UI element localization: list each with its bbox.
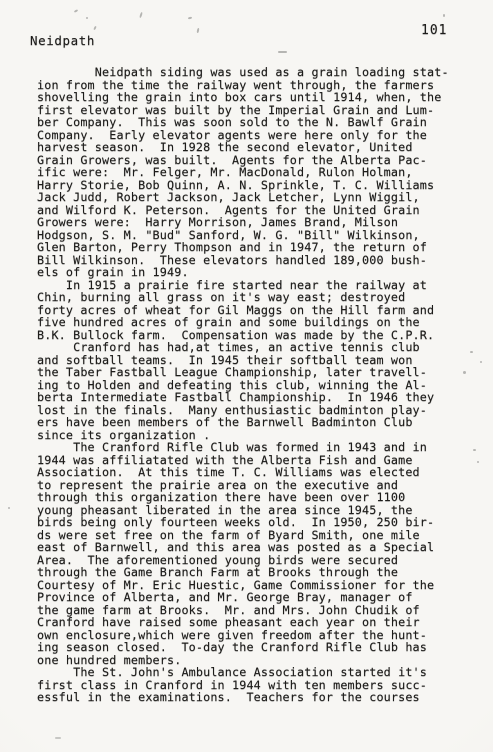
- paragraph-prairie-fire: In 1915 a prairie fire started near the …: [37, 279, 469, 342]
- scan-smudge: [188, 17, 192, 20]
- scan-smudge: [139, 12, 143, 18]
- scan-smudge: [278, 51, 287, 53]
- scan-smudge: [473, 449, 476, 451]
- paragraph-sports-clubs: Cranford has had,at times, an active ten…: [37, 341, 469, 441]
- paragraph-st-johns-ambulance: The St. John's Ambulance Association sta…: [37, 666, 469, 704]
- paragraph-elevators: Neidpath siding was used as a grain load…: [37, 66, 469, 279]
- scan-smudge: [480, 361, 482, 363]
- scan-smudge: [74, 9, 78, 13]
- scan-smudge: [55, 737, 61, 739]
- page-number: 101: [421, 23, 447, 38]
- page-body: Neidpath siding was used as a grain load…: [37, 66, 469, 704]
- scan-smudge: [470, 351, 473, 353]
- scan-smudge: [8, 507, 10, 509]
- scan-smudge: [443, 14, 445, 17]
- running-header: Neidpath: [30, 33, 95, 48]
- scan-smudge: [86, 17, 88, 19]
- scan-smudge: [463, 371, 466, 374]
- scan-smudge: [197, 28, 200, 33]
- scanned-document-page: Neidpath 101 Neidpath siding was used as…: [0, 0, 493, 752]
- paragraph-rifle-club: The Cranford Rifle Club was formed in 19…: [37, 441, 469, 666]
- scan-smudge: [93, 26, 97, 30]
- scan-smudge: [477, 461, 479, 463]
